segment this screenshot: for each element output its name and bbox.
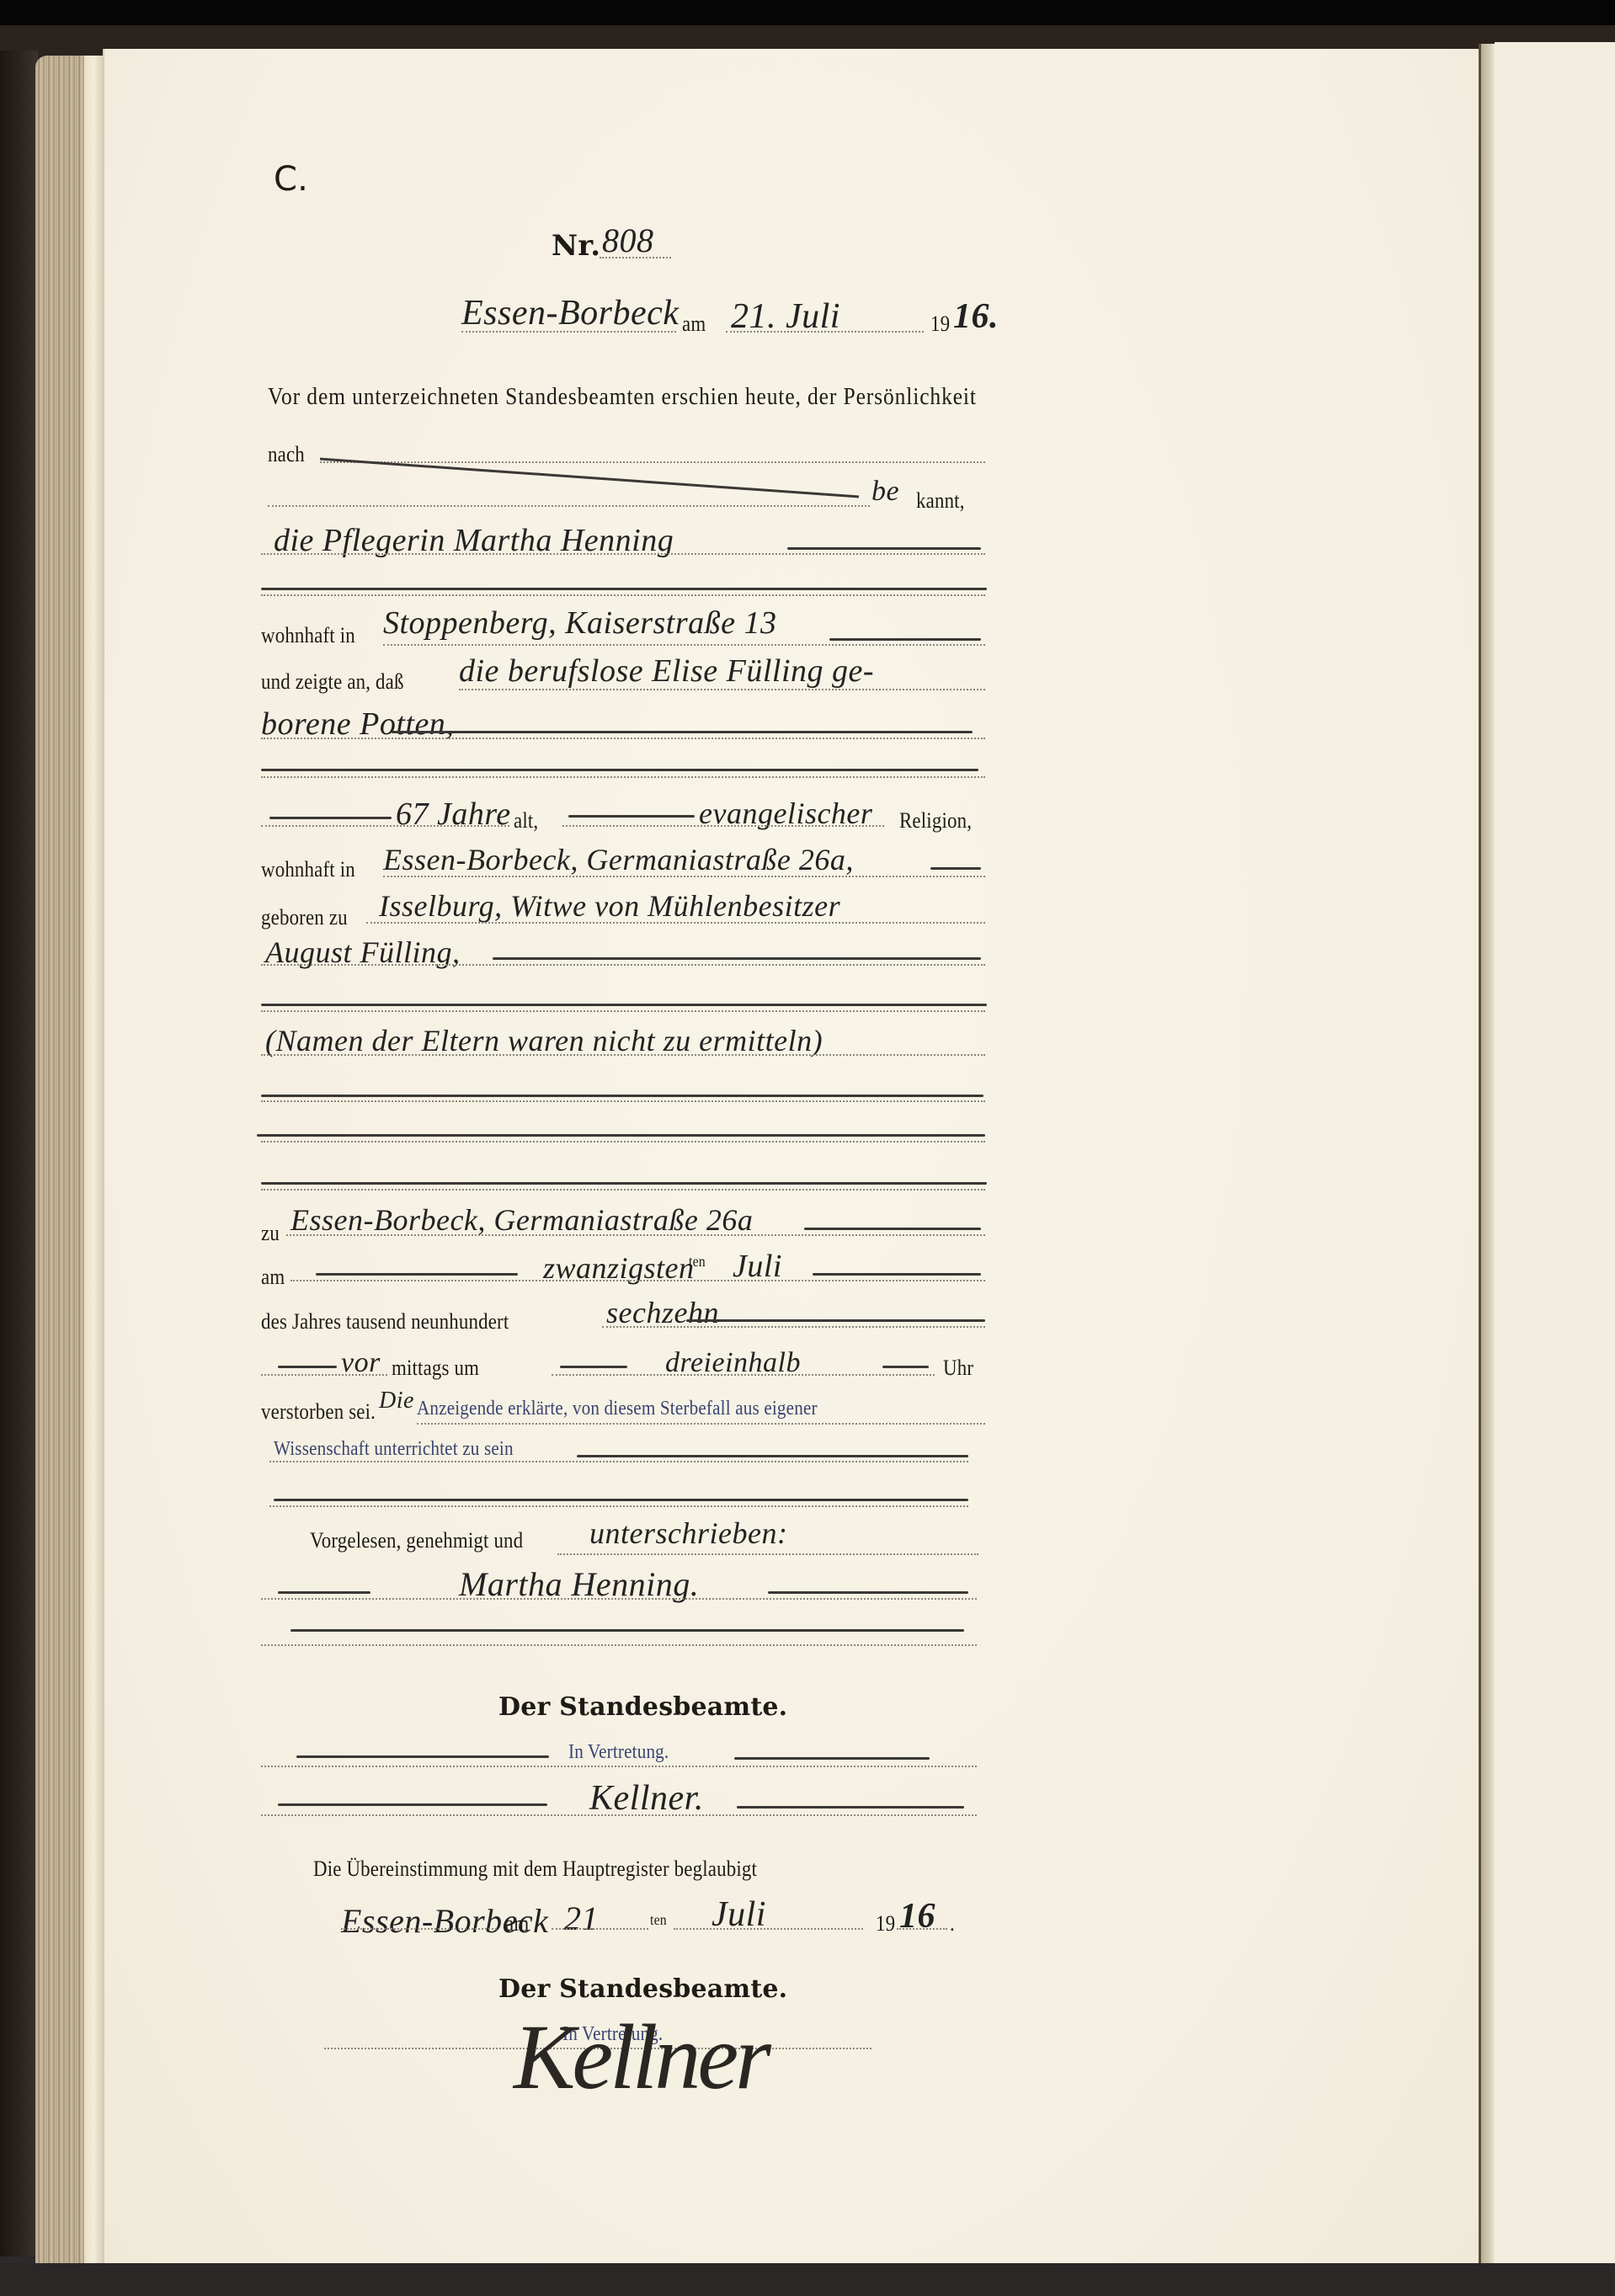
age-dotline xyxy=(261,825,509,827)
fill-line xyxy=(882,1366,929,1368)
record-place: Essen-Borbeck xyxy=(461,293,679,333)
wissenschaft-stamp: Wissenschaft unterrichtet zu sein xyxy=(274,1438,514,1461)
verstorben-label: verstorben sei. xyxy=(261,1399,376,1425)
blank-dotline xyxy=(269,1505,968,1507)
fill-line xyxy=(493,957,981,960)
cert-place-dotline xyxy=(341,1928,497,1930)
blank-dotline xyxy=(261,1644,977,1646)
fill-line xyxy=(737,1806,964,1809)
cert-day-suffix: ten xyxy=(650,1911,667,1929)
birthplace-line-1: Isselburg, Witwe von Mühlenbesitzer xyxy=(379,888,840,924)
fill-line xyxy=(829,638,981,641)
die-hand: Die xyxy=(379,1388,414,1414)
fill-line xyxy=(734,1757,930,1760)
place-dotline xyxy=(461,331,676,333)
zeigte-label: und zeigte an, daß xyxy=(261,669,404,695)
fill-line xyxy=(787,547,981,550)
fill-line xyxy=(290,1629,964,1632)
death-year-dotline xyxy=(602,1326,985,1328)
death-year-words: sechzehn xyxy=(606,1295,719,1330)
death-place: Essen-Borbeck, Germaniastraße 26a xyxy=(290,1202,753,1238)
wohnhaft-label: wohnhaft in xyxy=(261,623,355,648)
mittags-label: mittags um xyxy=(392,1356,479,1381)
fill-line xyxy=(261,1095,983,1097)
fill-line xyxy=(261,1004,987,1006)
in-vertretung: In Vertretung. xyxy=(568,1741,669,1764)
fill-line xyxy=(813,1273,981,1276)
anzeigende-dotline xyxy=(417,1423,985,1425)
cert-day: 21 xyxy=(564,1899,599,1938)
cert-year-prefix: 19 xyxy=(876,1911,895,1936)
birthplace-dotline-1 xyxy=(366,922,985,924)
bekannt-print: kannt, xyxy=(916,488,965,514)
fill-line xyxy=(392,731,973,733)
registrar-dotline xyxy=(261,1814,977,1816)
age-value: 67 Jahre xyxy=(396,796,511,833)
vertretung-dotline xyxy=(261,1766,977,1767)
fill-line xyxy=(261,588,987,590)
vor-dotline xyxy=(261,1374,387,1376)
registrar-signature: Kellner. xyxy=(589,1778,704,1819)
wissenschaft-dotline xyxy=(269,1461,968,1462)
death-day-suffix: ten xyxy=(689,1253,706,1271)
certification-text: Die Übereinstimmung mit dem Hauptregiste… xyxy=(313,1857,757,1882)
cert-year-dotline xyxy=(897,1928,947,1930)
nr-dotline xyxy=(600,257,671,258)
registrar-heading: Der Standesbeamte. xyxy=(498,1692,787,1722)
section-letter: C. xyxy=(274,160,308,199)
zu-label: zu xyxy=(261,1221,280,1246)
death-date-dotline xyxy=(290,1280,985,1281)
fill-line xyxy=(261,769,978,771)
fill-line xyxy=(577,1455,968,1457)
death-record: C. Nr. 808 Essen-Borbeck am 21. Juli 19 … xyxy=(0,0,1615,2296)
death-place-dotline xyxy=(286,1234,985,1236)
fill-line xyxy=(768,1591,968,1594)
anzeigende-stamp: Anzeigende erklärte, von diesem Sterbefa… xyxy=(417,1398,818,1420)
date-dotline xyxy=(726,331,924,333)
fill-line xyxy=(804,1228,981,1230)
blank-dotline xyxy=(261,1010,985,1012)
fill-line xyxy=(296,1755,549,1758)
cert-period: . xyxy=(950,1911,955,1936)
bekannt-dotline xyxy=(268,505,870,507)
strike-line xyxy=(320,450,867,501)
intro-text: Vor dem unterzeichneten Standesbeamten e… xyxy=(268,383,977,411)
parents-dotline xyxy=(261,1054,985,1056)
deceased-line-1: die berufslose Elise Fülling ge- xyxy=(459,653,874,690)
wohnhaft2-label: wohnhaft in xyxy=(261,857,355,882)
deceased-dotline-2 xyxy=(261,738,985,739)
geboren-label: geboren zu xyxy=(261,905,348,930)
unterschrieben-dotline xyxy=(557,1553,978,1555)
deceased-residence-dotline xyxy=(383,876,985,877)
vorgelesen-label: Vorgelesen, genehmigt und xyxy=(310,1528,523,1553)
fill-line xyxy=(261,1182,987,1185)
signature-dotline xyxy=(261,1598,977,1600)
registrar-heading-2: Der Standesbeamte. xyxy=(498,1974,787,2004)
fill-line xyxy=(274,1499,968,1501)
deceased-residence: Essen-Borbeck, Germaniastraße 26a, xyxy=(383,842,854,877)
uhr-label: Uhr xyxy=(943,1356,973,1381)
unterschrieben-value: unterschrieben: xyxy=(589,1516,787,1551)
fill-line xyxy=(278,1803,547,1806)
nr-value: 808 xyxy=(602,221,654,260)
jahres-label: des Jahres tausend neunhundert xyxy=(261,1309,509,1334)
blank-dotline xyxy=(261,1141,985,1143)
cert-am-label: am xyxy=(505,1911,529,1936)
final-signature: Kellner xyxy=(514,2004,768,2111)
am2-label: am xyxy=(261,1265,285,1290)
nr-label: Nr. xyxy=(552,229,600,263)
year-suffix: 16. xyxy=(953,296,999,337)
blank-dotline xyxy=(261,1189,985,1191)
bekannt-hand: be xyxy=(871,476,899,508)
cert-year-suffix: 16 xyxy=(899,1896,935,1936)
cert-month-dotline xyxy=(674,1928,863,1930)
religion-dotline xyxy=(562,825,884,827)
informant-dotline xyxy=(261,553,985,555)
fill-line xyxy=(686,1319,985,1322)
cert-day-dotline xyxy=(552,1928,648,1930)
time-dotline xyxy=(552,1374,935,1376)
blank-dotline xyxy=(261,1100,985,1102)
blank-dotline xyxy=(261,594,985,596)
birthplace-dotline-2 xyxy=(261,964,985,966)
blank-dotline xyxy=(261,776,985,778)
fill-line xyxy=(257,1134,985,1137)
fill-line xyxy=(930,867,981,870)
fill-line xyxy=(269,817,392,819)
alt-label: alt, xyxy=(514,808,538,834)
parents-note: (Namen der Eltern waren nicht zu ermitte… xyxy=(265,1023,823,1058)
fill-line xyxy=(278,1591,370,1594)
religion-label: Religion, xyxy=(899,808,972,834)
fill-line xyxy=(316,1273,518,1276)
nach-label: nach xyxy=(268,442,305,467)
fill-line xyxy=(560,1366,627,1368)
informant-residence: Stoppenberg, Kaiserstraße 13 xyxy=(383,605,777,642)
fill-line xyxy=(568,815,695,818)
residence-dotline xyxy=(383,644,985,646)
year-prefix: 19 xyxy=(930,312,950,337)
deceased-dotline-1 xyxy=(459,689,985,690)
am-label: am xyxy=(682,312,706,337)
fill-line xyxy=(278,1366,337,1368)
